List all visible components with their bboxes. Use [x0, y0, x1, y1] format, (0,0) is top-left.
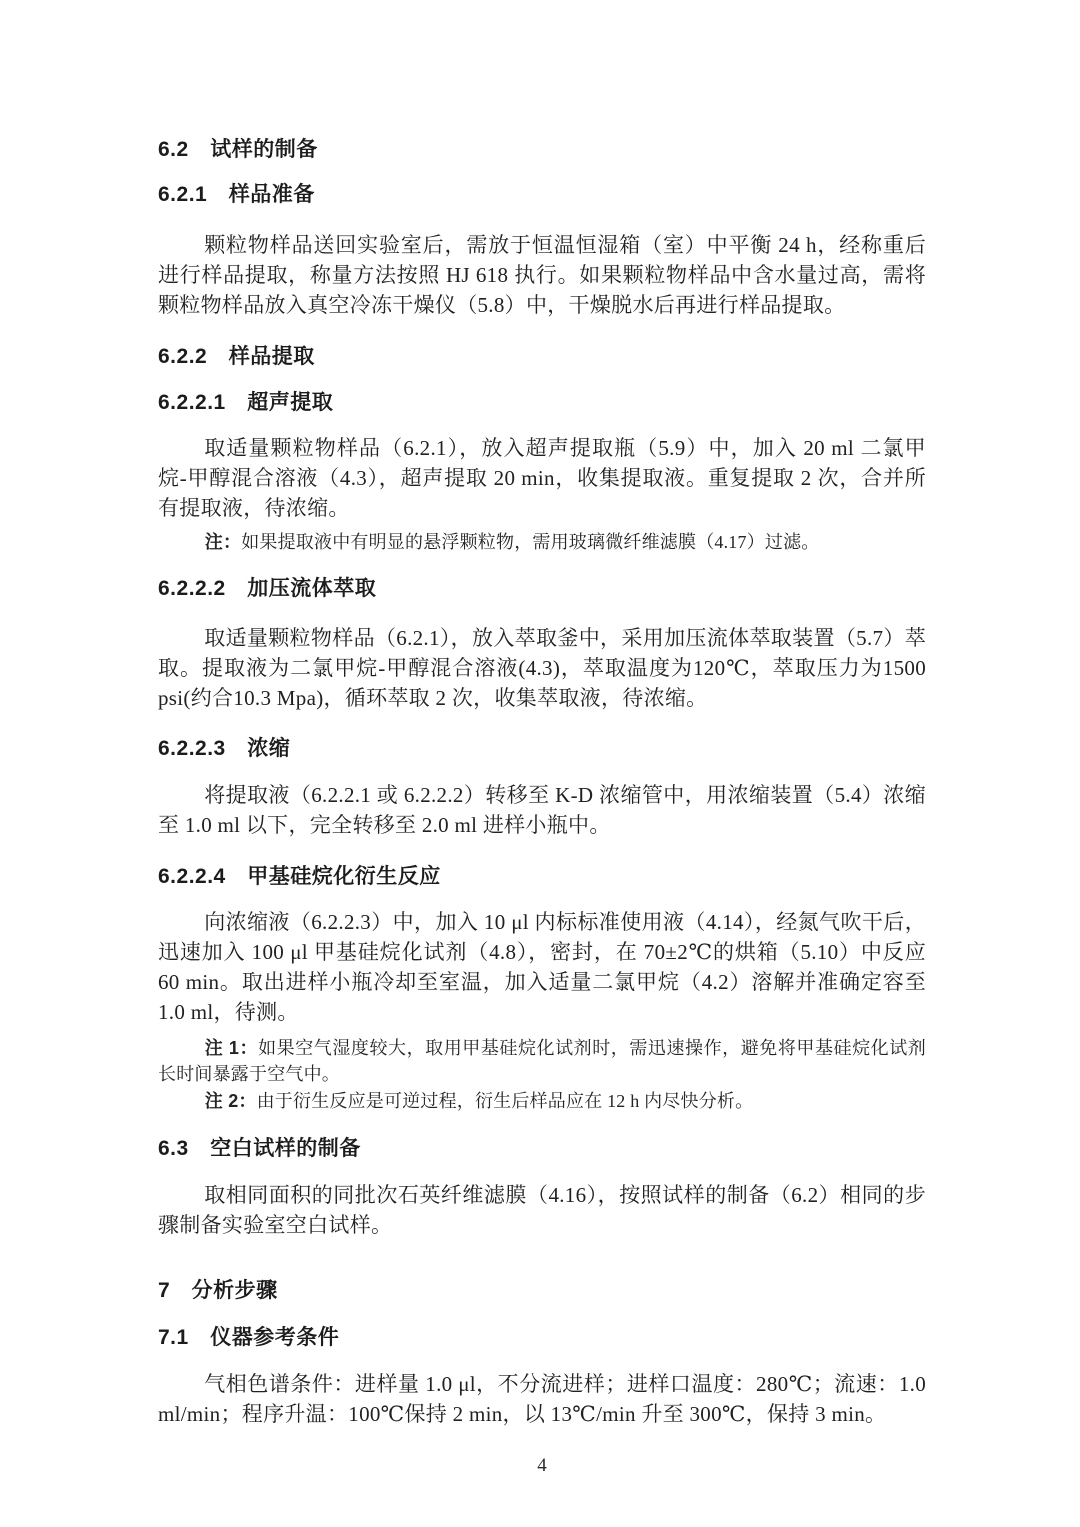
paragraph-gc-conditions: 气相色谱条件：进样量 1.0 μl，不分流进样；进样口温度：280℃；流速：1.…	[158, 1369, 926, 1429]
heading-6-2-2-4-silylation-derivatization: 6.2.2.4 甲基硅烷化衍生反应	[158, 862, 926, 892]
heading-6-2-2-1-ultrasonic-extraction: 6.2.2.1 超声提取	[158, 388, 926, 418]
heading-6-3-blank-specimen-preparation: 6.3 空白试样的制备	[158, 1134, 926, 1164]
note-label: 注 1：	[205, 1038, 258, 1058]
heading-7-1-instrument-reference-conditions: 7.1 仪器参考条件	[158, 1323, 926, 1353]
document-page: 6.2 试样的制备 6.2.1 样品准备 颗粒物样品送回实验室后，需放于恒温恒湿…	[0, 0, 1080, 1527]
note-label: 注 2：	[205, 1091, 257, 1111]
paragraph-concentration: 将提取液（6.2.2.1 或 6.2.2.2）转移至 K-D 浓缩管中，用浓缩装…	[158, 780, 926, 840]
paragraph-ultrasonic-extraction: 取适量颗粒物样品（6.2.1），放入超声提取瓶（5.9）中，加入 20 ml 二…	[158, 433, 926, 523]
note-ultrasonic-extraction: 注：如果提取液中有明显的悬浮颗粒物，需用玻璃微纤维滤膜（4.17）过滤。	[158, 529, 926, 555]
heading-6-2-2-sample-extraction: 6.2.2 样品提取	[158, 342, 926, 372]
note-text: 如果空气湿度较大，取用甲基硅烷化试剂时，需迅速操作，避免将甲基硅烷化试剂长时间暴…	[158, 1038, 926, 1084]
note-derivatization-2: 注 2：由于衍生反应是可逆过程，衍生后样品应在 12 h 内尽快分析。	[158, 1088, 926, 1114]
heading-6-2-1-sample-preparation: 6.2.1 样品准备	[158, 180, 926, 210]
heading-6-2-2-2-pressurized-fluid-extraction: 6.2.2.2 加压流体萃取	[158, 574, 926, 604]
heading-7-analysis-steps: 7 分析步骤	[158, 1276, 926, 1306]
note-label: 注：	[205, 532, 241, 552]
note-text: 由于衍生反应是可逆过程，衍生后样品应在 12 h 内尽快分析。	[257, 1091, 754, 1111]
heading-6-2-2-3-concentration: 6.2.2.3 浓缩	[158, 734, 926, 764]
page-number: 4	[158, 1453, 926, 1479]
note-derivatization-1: 注 1：如果空气湿度较大，取用甲基硅烷化试剂时，需迅速操作，避免将甲基硅烷化试剂…	[158, 1035, 926, 1087]
paragraph-blank-specimen: 取相同面积的同批次石英纤维滤膜（4.16），按照试样的制备（6.2）相同的步骤制…	[158, 1180, 926, 1240]
paragraph-pressurized-fluid-extraction: 取适量颗粒物样品（6.2.1），放入萃取釜中，采用加压流体萃取装置（5.7）萃取…	[158, 623, 926, 713]
paragraph-silylation-derivatization: 向浓缩液（6.2.2.3）中，加入 10 μl 内标标准使用液（4.14），经氮…	[158, 907, 926, 1027]
note-text: 如果提取液中有明显的悬浮颗粒物，需用玻璃微纤维滤膜（4.17）过滤。	[241, 532, 819, 552]
heading-6-2-specimen-preparation: 6.2 试样的制备	[158, 135, 926, 165]
paragraph-sample-preparation: 颗粒物样品送回实验室后，需放于恒温恒湿箱（室）中平衡 24 h，经称重后进行样品…	[158, 230, 926, 320]
